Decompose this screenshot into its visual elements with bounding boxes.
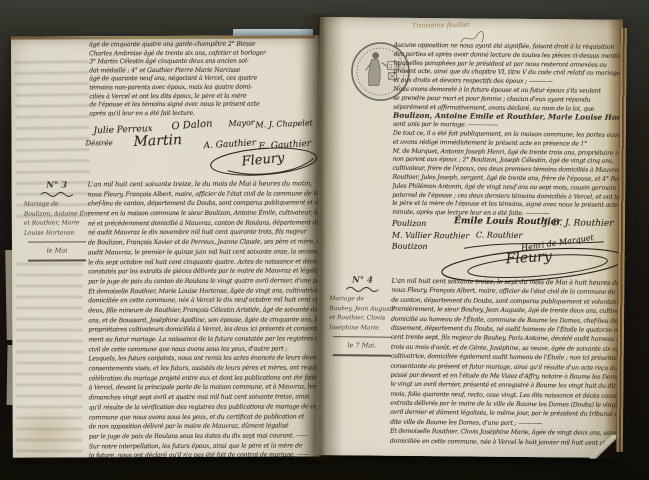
- signature: Boutizon: [392, 242, 428, 251]
- margin-note-line: Bouhey, Jean Auguste: [329, 304, 395, 314]
- margin-note-act4: N° 4 Mariage deBouhey, Jean Augusteet Ro…: [329, 275, 396, 360]
- age-stain: [5, 403, 85, 463]
- margin-date: le 7 Mai.: [329, 340, 395, 351]
- margin-note-line: Mariage de: [329, 294, 395, 304]
- manuscript-line: la future, nous ont déclaré qu'il n'a pa…: [89, 451, 319, 462]
- left-page: âgé de cinquante quatre ans garde-champê…: [11, 35, 321, 457]
- ink-bleedthrough: [16, 256, 83, 456]
- manuscript-line: après qu'il leur en a été fait lecture.: [89, 109, 315, 119]
- signature: O Dalon: [171, 118, 213, 132]
- manuscript-line: domiciliée en cette commune, née à Verce…: [390, 436, 622, 448]
- manuscript-line: par le juge de paix de Roulans sous les …: [89, 431, 319, 442]
- act2-closing-text: âgé de cinquante quatre ans garde-champê…: [89, 40, 315, 118]
- margin-note-lines: Mariage deBouhey, Jean Augusteet Routhie…: [329, 294, 395, 333]
- margin-note-line: Boulizon, Antoine Émile: [24, 209, 90, 219]
- margin-note-line: et Routhier, Marie: [24, 219, 90, 229]
- margin-rule: [28, 242, 86, 243]
- page-corner-curl: [590, 435, 620, 459]
- margin-note-line: Joséphine Marie.: [329, 323, 395, 333]
- register-scan: âgé de cinquante quatre ans garde-champê…: [0, 0, 649, 480]
- margin-note-line: Mariage de: [24, 199, 90, 209]
- signature: Poulizon: [392, 219, 426, 228]
- right-page: Troisième feuillet 2 de Aucune oppositio…: [316, 17, 623, 458]
- margin-date: le Mai: [24, 246, 90, 256]
- margin-note-lines: Mariage deBoulizon, Antoine Émileet Rout…: [24, 199, 90, 238]
- squiggle-underline: [40, 191, 74, 197]
- margin-note-act3: N° 3 Mariage deBoulizon, Antoine Émileet…: [24, 180, 90, 265]
- signature-fleury: Fleury: [505, 249, 552, 268]
- signature: Désirée: [86, 139, 113, 147]
- act4-body-text: L'an mil huit cent soixante treize, le s…: [390, 277, 624, 448]
- act-number: N° 4: [329, 275, 395, 286]
- signature: M. J. Chapelet: [255, 118, 313, 129]
- manuscript-line: par le juge de paix du canton de Roulans…: [88, 276, 318, 287]
- margin-note-line: et Routhier, Clovis: [329, 313, 395, 323]
- margin-rule: [333, 337, 391, 339]
- signature: Mayor: [228, 118, 255, 128]
- act3-body-text: L'an mil huit cent soixante treize, le d…: [88, 179, 319, 461]
- signature: M. Vallier Routhier: [392, 231, 469, 241]
- signature: Martin: [133, 132, 182, 150]
- margin-rule: [333, 355, 391, 358]
- manuscript-line: ment au futur mariage. La naissance de l…: [88, 334, 318, 345]
- margin-note-line: Louise Hortense.: [24, 228, 90, 238]
- manuscript-line: L'an mil huit cent soixante treize, le d…: [88, 179, 318, 190]
- act-number: N° 3: [24, 180, 90, 190]
- manuscript-line: qu'il résulte de la vérification des reg…: [89, 402, 319, 413]
- signature: C. Routhier: [476, 231, 522, 240]
- signature: E. Gauthier: [258, 139, 311, 152]
- manuscript-line: audit Mauvraz, le premier le quinze juin…: [88, 247, 318, 258]
- folio-header: Troisième feuillet: [412, 21, 470, 30]
- signature: A. Gauthier: [203, 138, 256, 151]
- act3-closing-text: Aucune opposition ne nous ayant été sign…: [392, 42, 622, 220]
- manuscript-line: deux, fille mineure de Routhier, Françoi…: [88, 305, 318, 316]
- signature-fleury: Fleury: [241, 151, 285, 170]
- margin-rule: [28, 260, 86, 262]
- squiggle-underline: [345, 286, 379, 292]
- signature: J. B. J. Routhier: [544, 218, 614, 229]
